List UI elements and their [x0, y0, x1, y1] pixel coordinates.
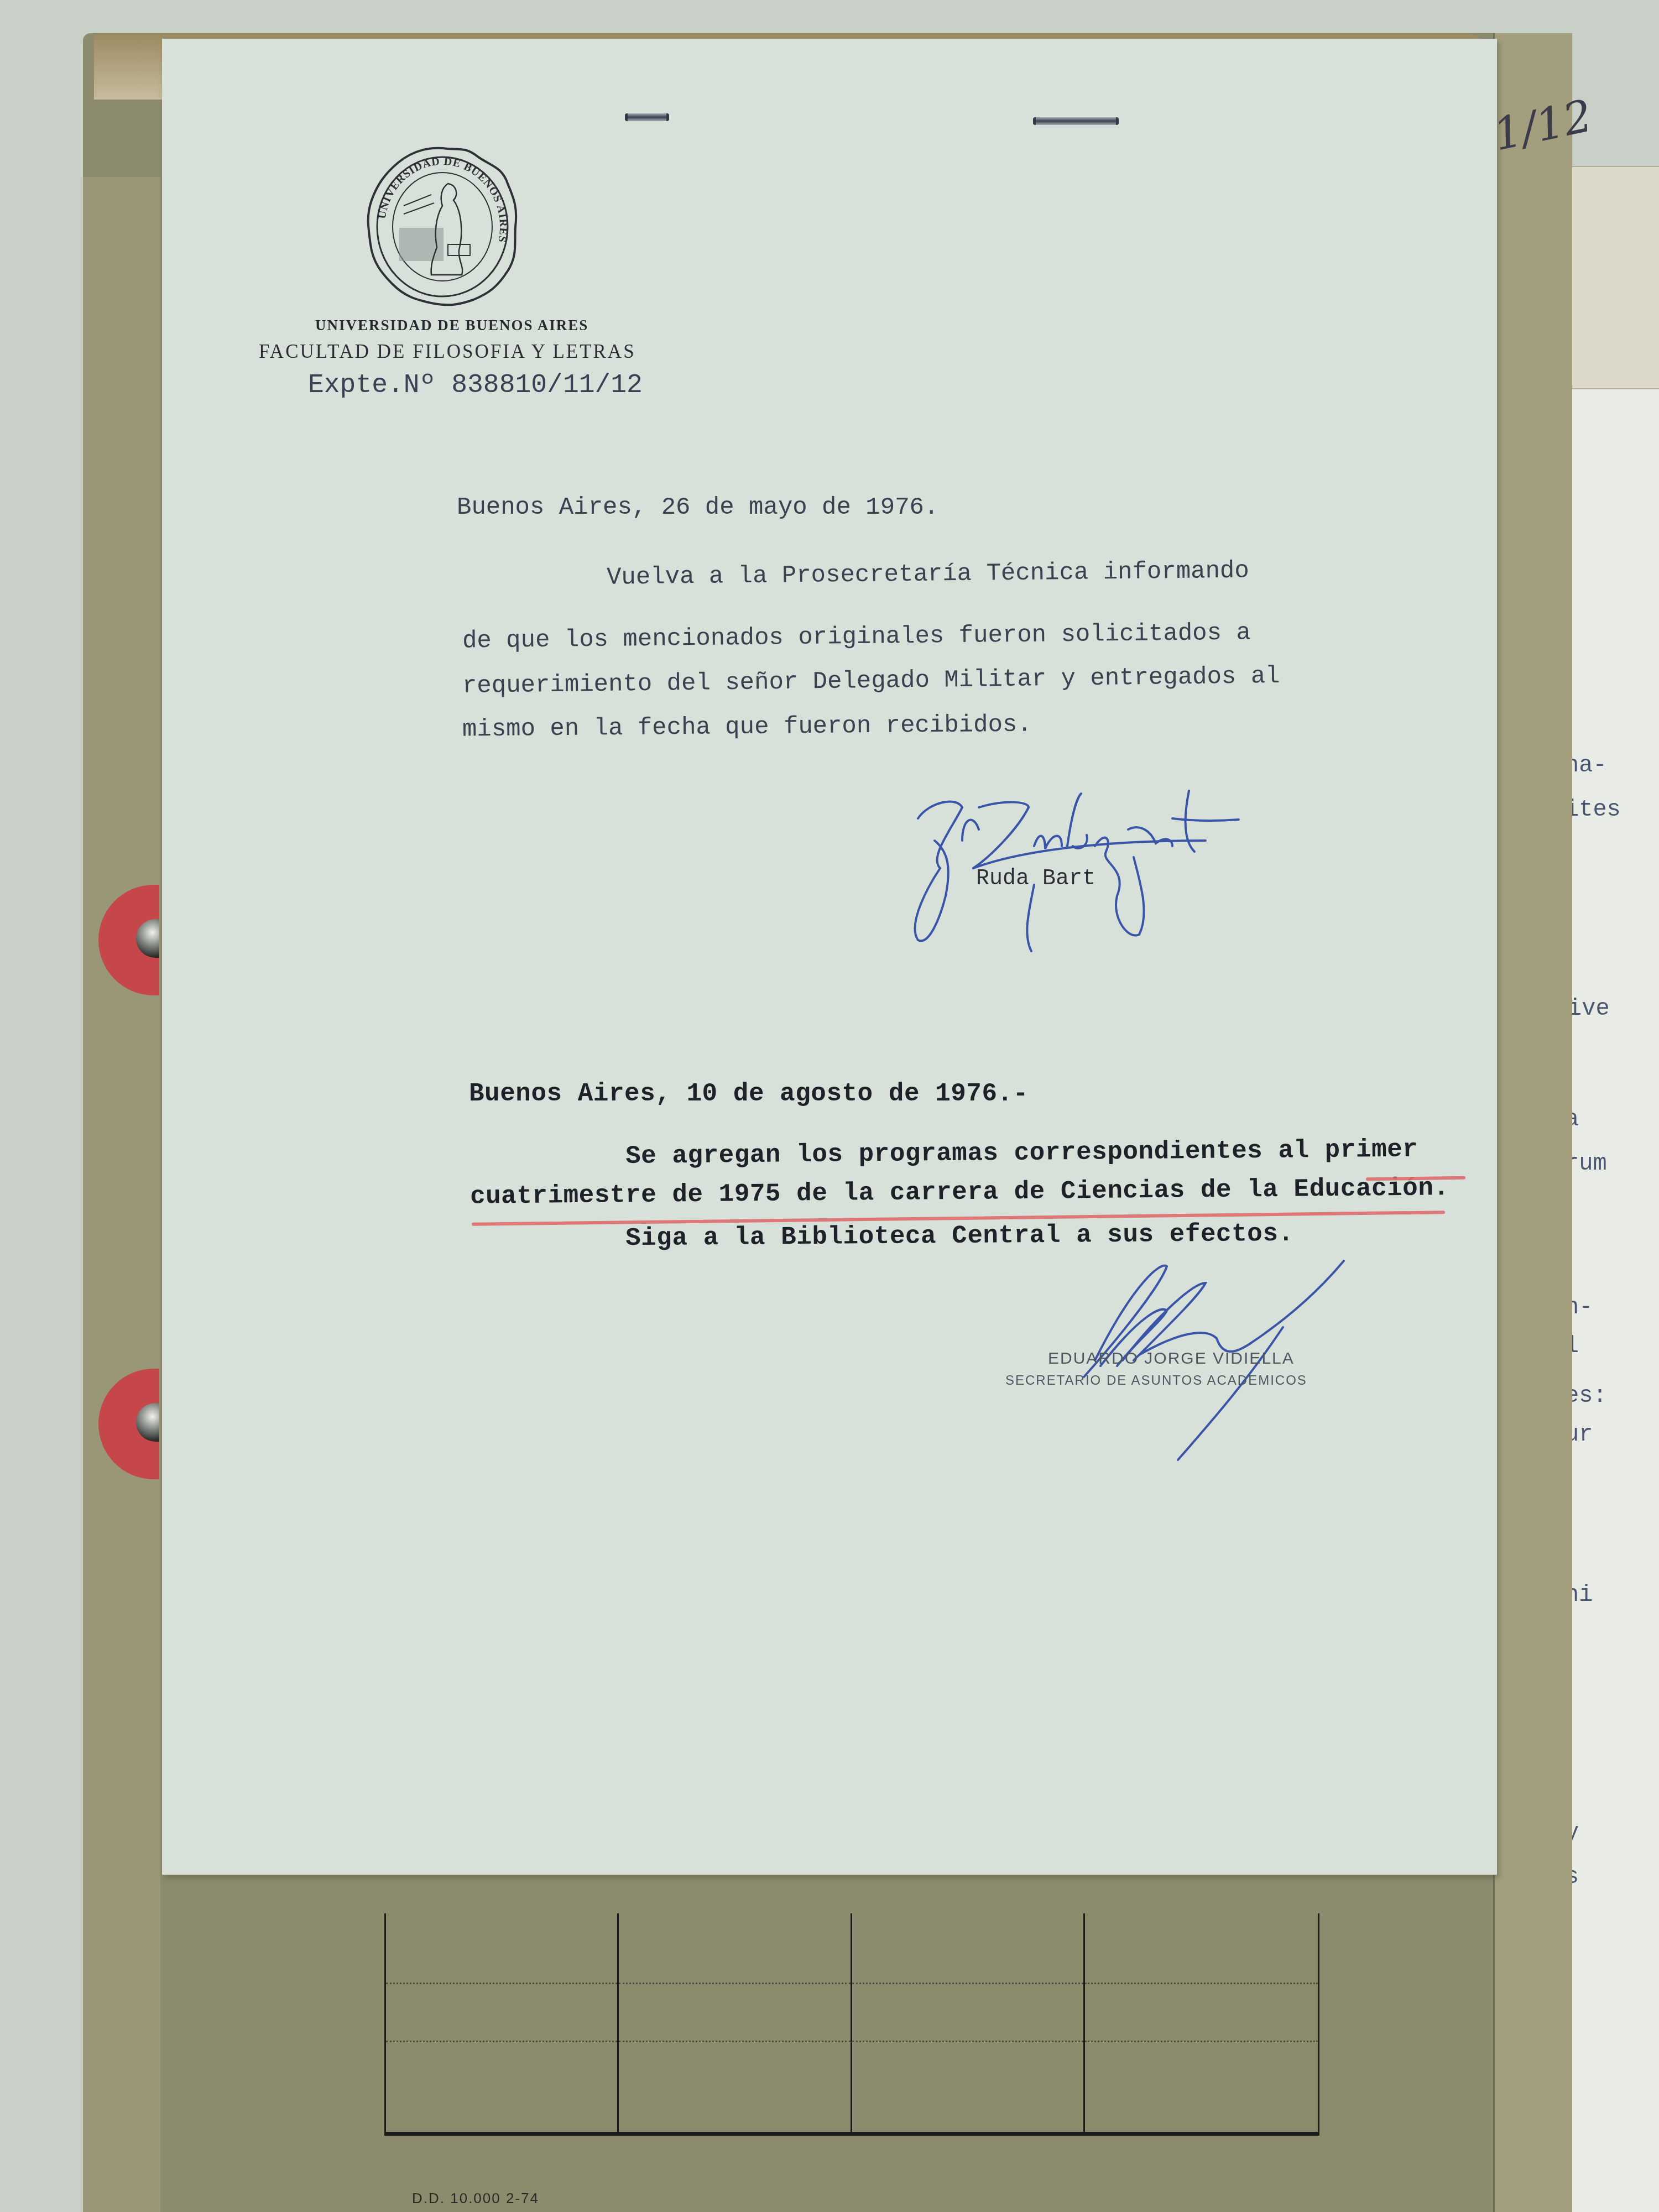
- staple-icon: [1033, 117, 1119, 125]
- document-page: [162, 39, 1497, 1875]
- entry2-line: Siga a la Biblioteca Central a sus efect…: [470, 1219, 1294, 1254]
- folder-right-strip: [1493, 33, 1572, 2212]
- table-cell: [1085, 1913, 1318, 2132]
- page-fragment-text: ites: [1565, 796, 1621, 823]
- staple-icon: [625, 113, 669, 121]
- handwritten-signature-icon: [896, 769, 1250, 957]
- folder-print-code: D.D. 10.000 2-74: [412, 2190, 539, 2207]
- entry1-line: mismo en la fecha que fueron recibidos.: [462, 711, 1032, 744]
- letterhead-university: UNIVERSIDAD DE BUENOS AIRES: [315, 317, 588, 334]
- table-cell: [852, 1913, 1085, 2132]
- stamp-title: SECRETARIO DE ASUNTOS ACADEMICOS: [1005, 1373, 1307, 1389]
- folder-printed-table: [384, 1913, 1319, 2136]
- entry1-date: Buenos Aires, 26 de mayo de 1976.: [457, 494, 938, 521]
- entry1-signatory: Ruda Bart: [976, 867, 1095, 891]
- table-cell: [386, 1913, 619, 2132]
- background-page-tab: [1571, 166, 1659, 389]
- university-seal-icon: UNIVERSIDAD DE BUENOS AIRES: [365, 145, 520, 308]
- page-fragment-text: ive: [1568, 995, 1610, 1022]
- table-cell: [619, 1913, 852, 2132]
- folder-left-edge: [83, 177, 160, 2212]
- file-number: Expte.Nº 838810/11/12: [308, 371, 643, 400]
- entry2-date: Buenos Aires, 10 de agosto de 1976.-: [469, 1079, 1029, 1108]
- letterhead-faculty: FACULTAD DE FILOSOFIA Y LETRAS: [259, 341, 636, 363]
- stamp-name: EDUARDO JORGE VIDIELLA: [1048, 1349, 1295, 1368]
